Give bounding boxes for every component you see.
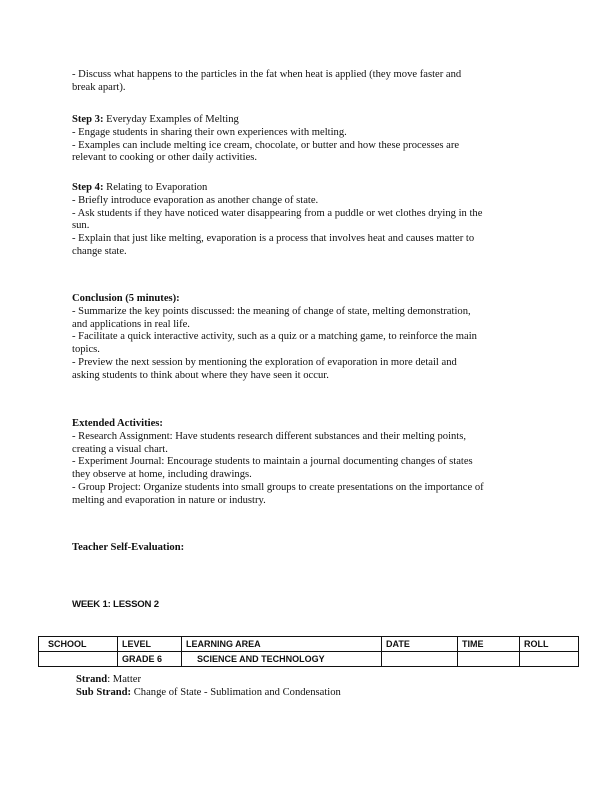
- list-item: - Ask students if they have noticed wate…: [72, 208, 552, 221]
- list-item: and applications in real life.: [72, 319, 552, 332]
- sub-strand-line: Sub Strand: Change of State - Sublimatio…: [76, 687, 341, 700]
- self-evaluation-heading: Teacher Self-Evaluation:: [72, 542, 552, 555]
- conclusion-section: Conclusion (5 minutes): - Summarize the …: [72, 293, 552, 383]
- list-item: - Group Project: Organize students into …: [72, 482, 552, 495]
- list-item: - Explain that just like melting, evapor…: [72, 233, 552, 246]
- cell-date: [382, 652, 458, 667]
- strand-line: Strand: Matter: [76, 674, 341, 687]
- list-item: - Research Assignment: Have students res…: [72, 431, 552, 444]
- list-item: topics.: [72, 344, 552, 357]
- text-line: break apart).: [72, 82, 552, 95]
- list-item: - Briefly introduce evaporation as anoth…: [72, 195, 552, 208]
- cell-level: GRADE 6: [118, 652, 182, 667]
- step-3-title: Everyday Examples of Melting: [104, 114, 239, 125]
- header-school: SCHOOL: [39, 637, 118, 652]
- list-item: change state.: [72, 246, 552, 259]
- strand-label: Strand: [76, 674, 107, 685]
- list-item: creating a visual chart.: [72, 444, 552, 457]
- text-line: - Discuss what happens to the particles …: [72, 69, 552, 82]
- list-item: sun.: [72, 220, 552, 233]
- step-4-title: Relating to Evaporation: [104, 182, 208, 193]
- extended-activities-section: Extended Activities: - Research Assignme…: [72, 418, 552, 508]
- table-row: GRADE 6 SCIENCE AND TECHNOLOGY: [39, 652, 579, 667]
- list-item: asking students to think about where the…: [72, 370, 552, 383]
- list-item: they observe at home, including drawings…: [72, 469, 552, 482]
- header-time: TIME: [458, 637, 520, 652]
- conclusion-heading: Conclusion (5 minutes):: [72, 293, 552, 306]
- cell-time: [458, 652, 520, 667]
- self-evaluation-section: Teacher Self-Evaluation:: [72, 542, 552, 555]
- intro-paragraph: - Discuss what happens to the particles …: [72, 69, 552, 95]
- lesson-info-table: SCHOOL LEVEL LEARNING AREA DATE TIME ROL…: [38, 636, 579, 667]
- sub-strand-label: Sub Strand:: [76, 687, 131, 698]
- week-lesson-heading: WEEK 1: LESSON 2: [72, 599, 159, 610]
- list-item: - Preview the next session by mentioning…: [72, 357, 552, 370]
- document-page: - Discuss what happens to the particles …: [0, 0, 612, 792]
- cell-roll: [520, 652, 579, 667]
- step-3-heading: Step 3: Everyday Examples of Melting: [72, 114, 552, 127]
- list-item: - Engage students in sharing their own e…: [72, 127, 552, 140]
- header-date: DATE: [382, 637, 458, 652]
- header-learning-area: LEARNING AREA: [182, 637, 382, 652]
- step-4-heading: Step 4: Relating to Evaporation: [72, 182, 552, 195]
- extended-activities-heading: Extended Activities:: [72, 418, 552, 431]
- header-level: LEVEL: [118, 637, 182, 652]
- cell-school: [39, 652, 118, 667]
- cell-learning-area: SCIENCE AND TECHNOLOGY: [182, 652, 382, 667]
- sub-strand-value: Change of State - Sublimation and Conden…: [131, 687, 341, 698]
- list-item: melting and evaporation in nature or ind…: [72, 495, 552, 508]
- list-item: - Experiment Journal: Encourage students…: [72, 456, 552, 469]
- table-header-row: SCHOOL LEVEL LEARNING AREA DATE TIME ROL…: [39, 637, 579, 652]
- step-4-section: Step 4: Relating to Evaporation - Briefl…: [72, 182, 552, 259]
- step-4-label: Step 4:: [72, 182, 104, 193]
- header-roll: ROLL: [520, 637, 579, 652]
- list-item: relevant to cooking or other daily activ…: [72, 152, 552, 165]
- list-item: - Examples can include melting ice cream…: [72, 140, 552, 153]
- strand-value: : Matter: [107, 674, 141, 685]
- step-3-label: Step 3:: [72, 114, 104, 125]
- list-item: - Facilitate a quick interactive activit…: [72, 331, 552, 344]
- list-item: - Summarize the key points discussed: th…: [72, 306, 552, 319]
- step-3-section: Step 3: Everyday Examples of Melting - E…: [72, 114, 552, 165]
- strand-section: Strand: Matter Sub Strand: Change of Sta…: [76, 674, 341, 700]
